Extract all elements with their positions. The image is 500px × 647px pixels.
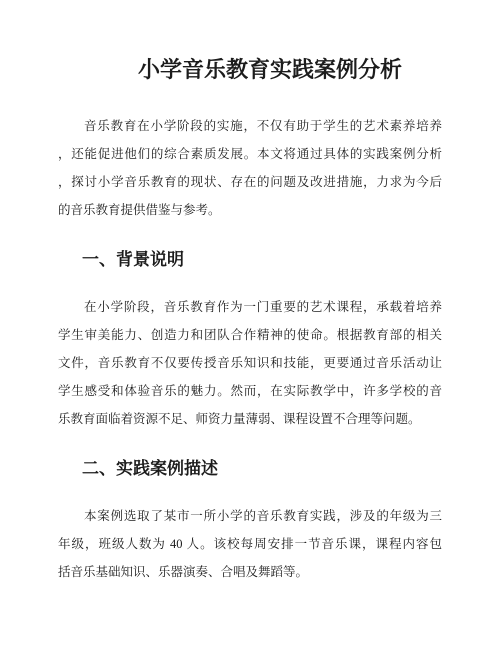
paragraph-line: ，探讨小学音乐教育的现状、存在的问题及改进措施，力求为今后 <box>58 168 442 196</box>
paragraph-line: 音乐教育在小学阶段的实施，不仅有助于学生的艺术素养培养 <box>58 112 442 140</box>
case-description-paragraph: 本案例选取了某市一所小学的音乐教育实践，涉及的年级为三 年级，班级人数为 40 … <box>58 502 442 586</box>
paragraph-line: 学生感受和体验音乐的魅力。然而，在实际教学中，许多学校的音 <box>58 377 442 405</box>
section-heading-background: 一、背景说明 <box>58 246 442 274</box>
paragraph-line: 在小学阶段，音乐教育作为一门重要的艺术课程，承载着培养 <box>58 293 442 321</box>
intro-paragraph: 音乐教育在小学阶段的实施，不仅有助于学生的艺术素养培养 ，还能促进他们的综合素质… <box>58 112 442 224</box>
paragraph-line: 的音乐教育提供借鉴与参考。 <box>58 196 442 224</box>
document-page: 小学音乐教育实践案例分析 音乐教育在小学阶段的实施，不仅有助于学生的艺术素养培养… <box>0 0 500 647</box>
paragraph-line: 文件，音乐教育不仅要传授音乐知识和技能，更要通过音乐活动让 <box>58 349 442 377</box>
paragraph-line: 本案例选取了某市一所小学的音乐教育实践，涉及的年级为三 <box>58 502 442 530</box>
section-heading-case-description: 二、实践案例描述 <box>58 455 442 483</box>
paragraph-line: ，还能促进他们的综合素质发展。本文将通过具体的实践案例分析 <box>58 140 442 168</box>
paragraph-line: 括音乐基础知识、乐器演奏、合唱及舞蹈等。 <box>58 558 442 586</box>
paragraph-line: 年级，班级人数为 40 人。该校每周安排一节音乐课，课程内容包 <box>58 530 442 558</box>
background-paragraph: 在小学阶段，音乐教育作为一门重要的艺术课程，承载着培养 学生审美能力、创造力和团… <box>58 293 442 433</box>
paragraph-line: 学生审美能力、创造力和团队合作精神的使命。根据教育部的相关 <box>58 321 442 349</box>
paragraph-line: 乐教育面临着资源不足、师资力量薄弱、课程设置不合理等问题。 <box>58 405 442 433</box>
document-title: 小学音乐教育实践案例分析 <box>58 55 442 85</box>
document-content: 小学音乐教育实践案例分析 音乐教育在小学阶段的实施，不仅有助于学生的艺术素养培养… <box>0 55 500 586</box>
